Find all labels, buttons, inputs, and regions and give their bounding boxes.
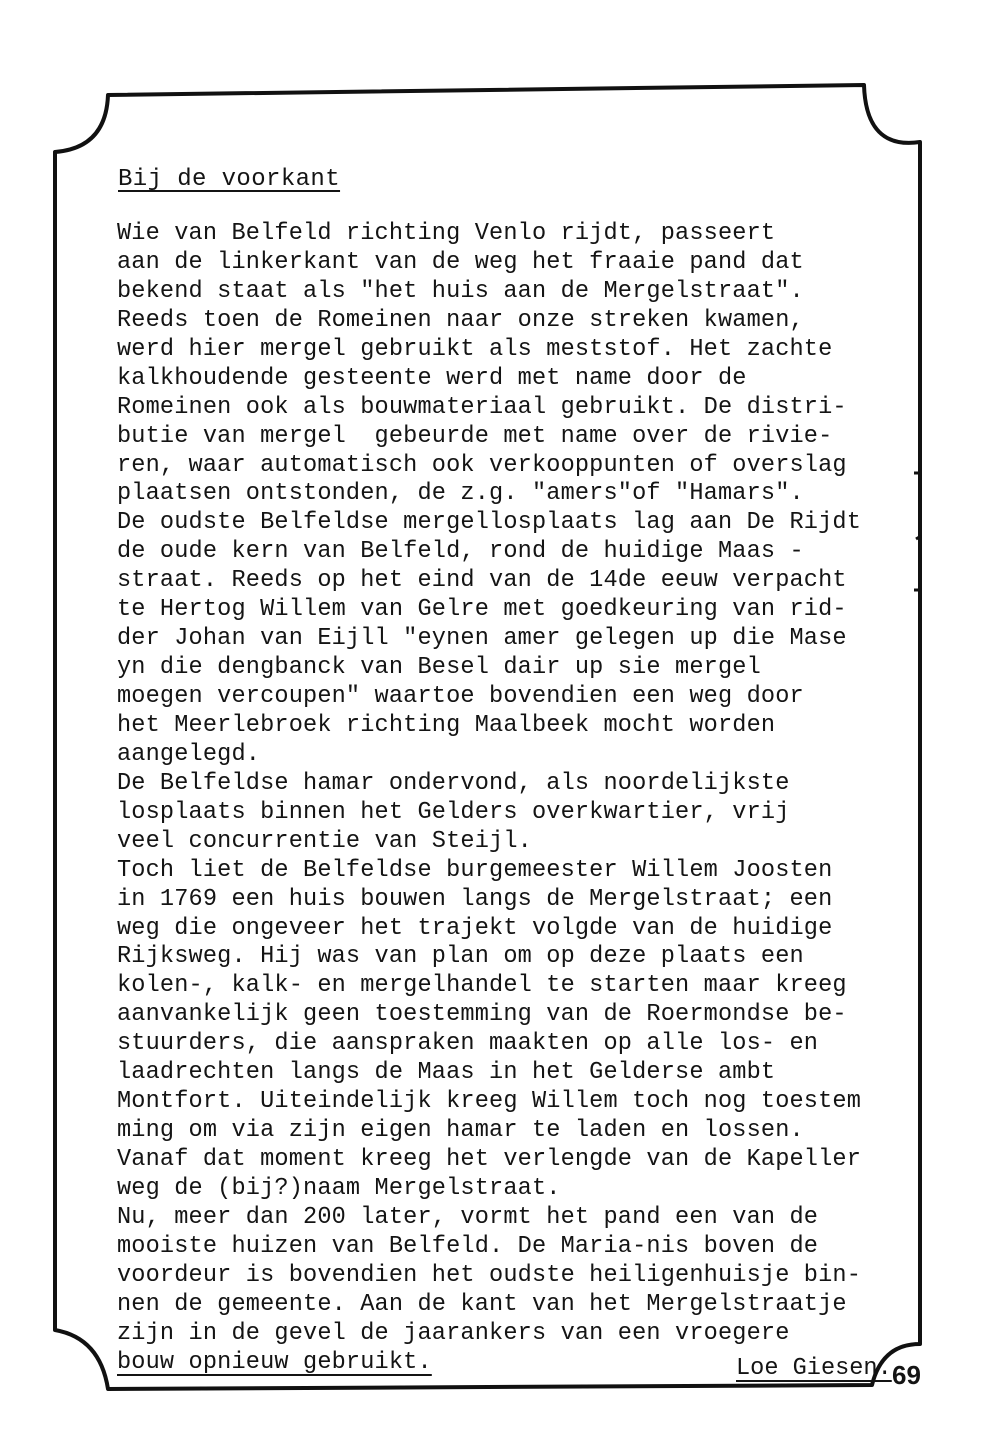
text-line: Rijksweg. Hij was van plan om op deze pl… bbox=[117, 943, 929, 972]
text-line: Reeds toen de Romeinen naar onze streken… bbox=[117, 307, 929, 336]
text-line: moegen vercoupen" waartoe bovendien een … bbox=[117, 683, 929, 712]
text-line: butie van mergel gebeurde met name over … bbox=[117, 423, 929, 452]
text-line: te Hertog Willem van Gelre met goedkeuri… bbox=[117, 596, 929, 625]
text-line: ren, waar automatisch ook verkooppunten … bbox=[117, 452, 929, 481]
text-line: in 1769 een huis bouwen langs de Mergels… bbox=[117, 886, 929, 915]
article-body: Wie van Belfeld richting Venlo rijdt, pa… bbox=[117, 220, 929, 1378]
text-line: De Belfeldse hamar ondervond, als noorde… bbox=[117, 770, 929, 799]
text-line: laadrechten langs de Maas in het Gelders… bbox=[117, 1059, 929, 1088]
text-line: stuurders, die aanspraken maakten op all… bbox=[117, 1030, 929, 1059]
text-line: mooiste huizen van Belfeld. De Maria-nis… bbox=[117, 1233, 929, 1262]
text-line: de oude kern van Belfeld, rond de huidig… bbox=[117, 538, 929, 567]
text-line: Montfort. Uiteindelijk kreeg Willem toch… bbox=[117, 1088, 929, 1117]
text-line: zijn in de gevel de jaarankers van een v… bbox=[117, 1320, 929, 1349]
text-line: aan de linkerkant van de weg het fraaie … bbox=[117, 249, 929, 278]
text-line: nen de gemeente. Aan de kant van het Mer… bbox=[117, 1291, 929, 1320]
text-line: yn die dengbanck van Besel dair up sie m… bbox=[117, 654, 929, 683]
text-line: Toch liet de Belfeldse burgemeester Will… bbox=[117, 857, 929, 886]
text-line: veel concurrentie van Steijl. bbox=[117, 828, 929, 857]
text-line: weg die ongeveer het trajekt volgde van … bbox=[117, 915, 929, 944]
text-line: Nu, meer dan 200 later, vormt het pand e… bbox=[117, 1204, 929, 1233]
text-line: losplaats binnen het Gelders overkwartie… bbox=[117, 799, 929, 828]
text-line: De oudste Belfeldse mergellosplaats lag … bbox=[117, 509, 929, 538]
text-line: plaatsen ontstonden, de z.g. "amers"of "… bbox=[117, 480, 929, 509]
text-line: werd hier mergel gebruikt als meststof. … bbox=[117, 336, 929, 365]
text-line: Wie van Belfeld richting Venlo rijdt, pa… bbox=[117, 220, 929, 249]
text-line: Romeinen ook als bouwmateriaal gebruikt.… bbox=[117, 394, 929, 423]
text-line: kolen-, kalk- en mergelhandel te starten… bbox=[117, 972, 929, 1001]
text-line: der Johan van Eijll "eynen amer gelegen … bbox=[117, 625, 929, 654]
text-line: voordeur is bovendien het oudste heilige… bbox=[117, 1262, 929, 1291]
text-line: Vanaf dat moment kreeg het verlengde van… bbox=[117, 1146, 929, 1175]
text-line: aanvankelijk geen toestemming van de Roe… bbox=[117, 1001, 929, 1030]
page-number: 69 bbox=[892, 1360, 921, 1391]
text-line: kalkhoudende gesteente werd met name doo… bbox=[117, 365, 929, 394]
text-line: weg de (bij?)naam Mergelstraat. bbox=[117, 1175, 929, 1204]
text-line: aangelegd. bbox=[117, 741, 929, 770]
article-heading: Bij de voorkant bbox=[118, 166, 340, 193]
text-line: bekend staat als "het huis aan de Mergel… bbox=[117, 278, 929, 307]
text-line: straat. Reeds op het eind van de 14de ee… bbox=[117, 567, 929, 596]
author-signature: Loe Giesen. bbox=[736, 1355, 892, 1382]
text-line: het Meerlebroek richting Maalbeek mocht … bbox=[117, 712, 929, 741]
text-line: ming om via zijn eigen hamar te laden en… bbox=[117, 1117, 929, 1146]
